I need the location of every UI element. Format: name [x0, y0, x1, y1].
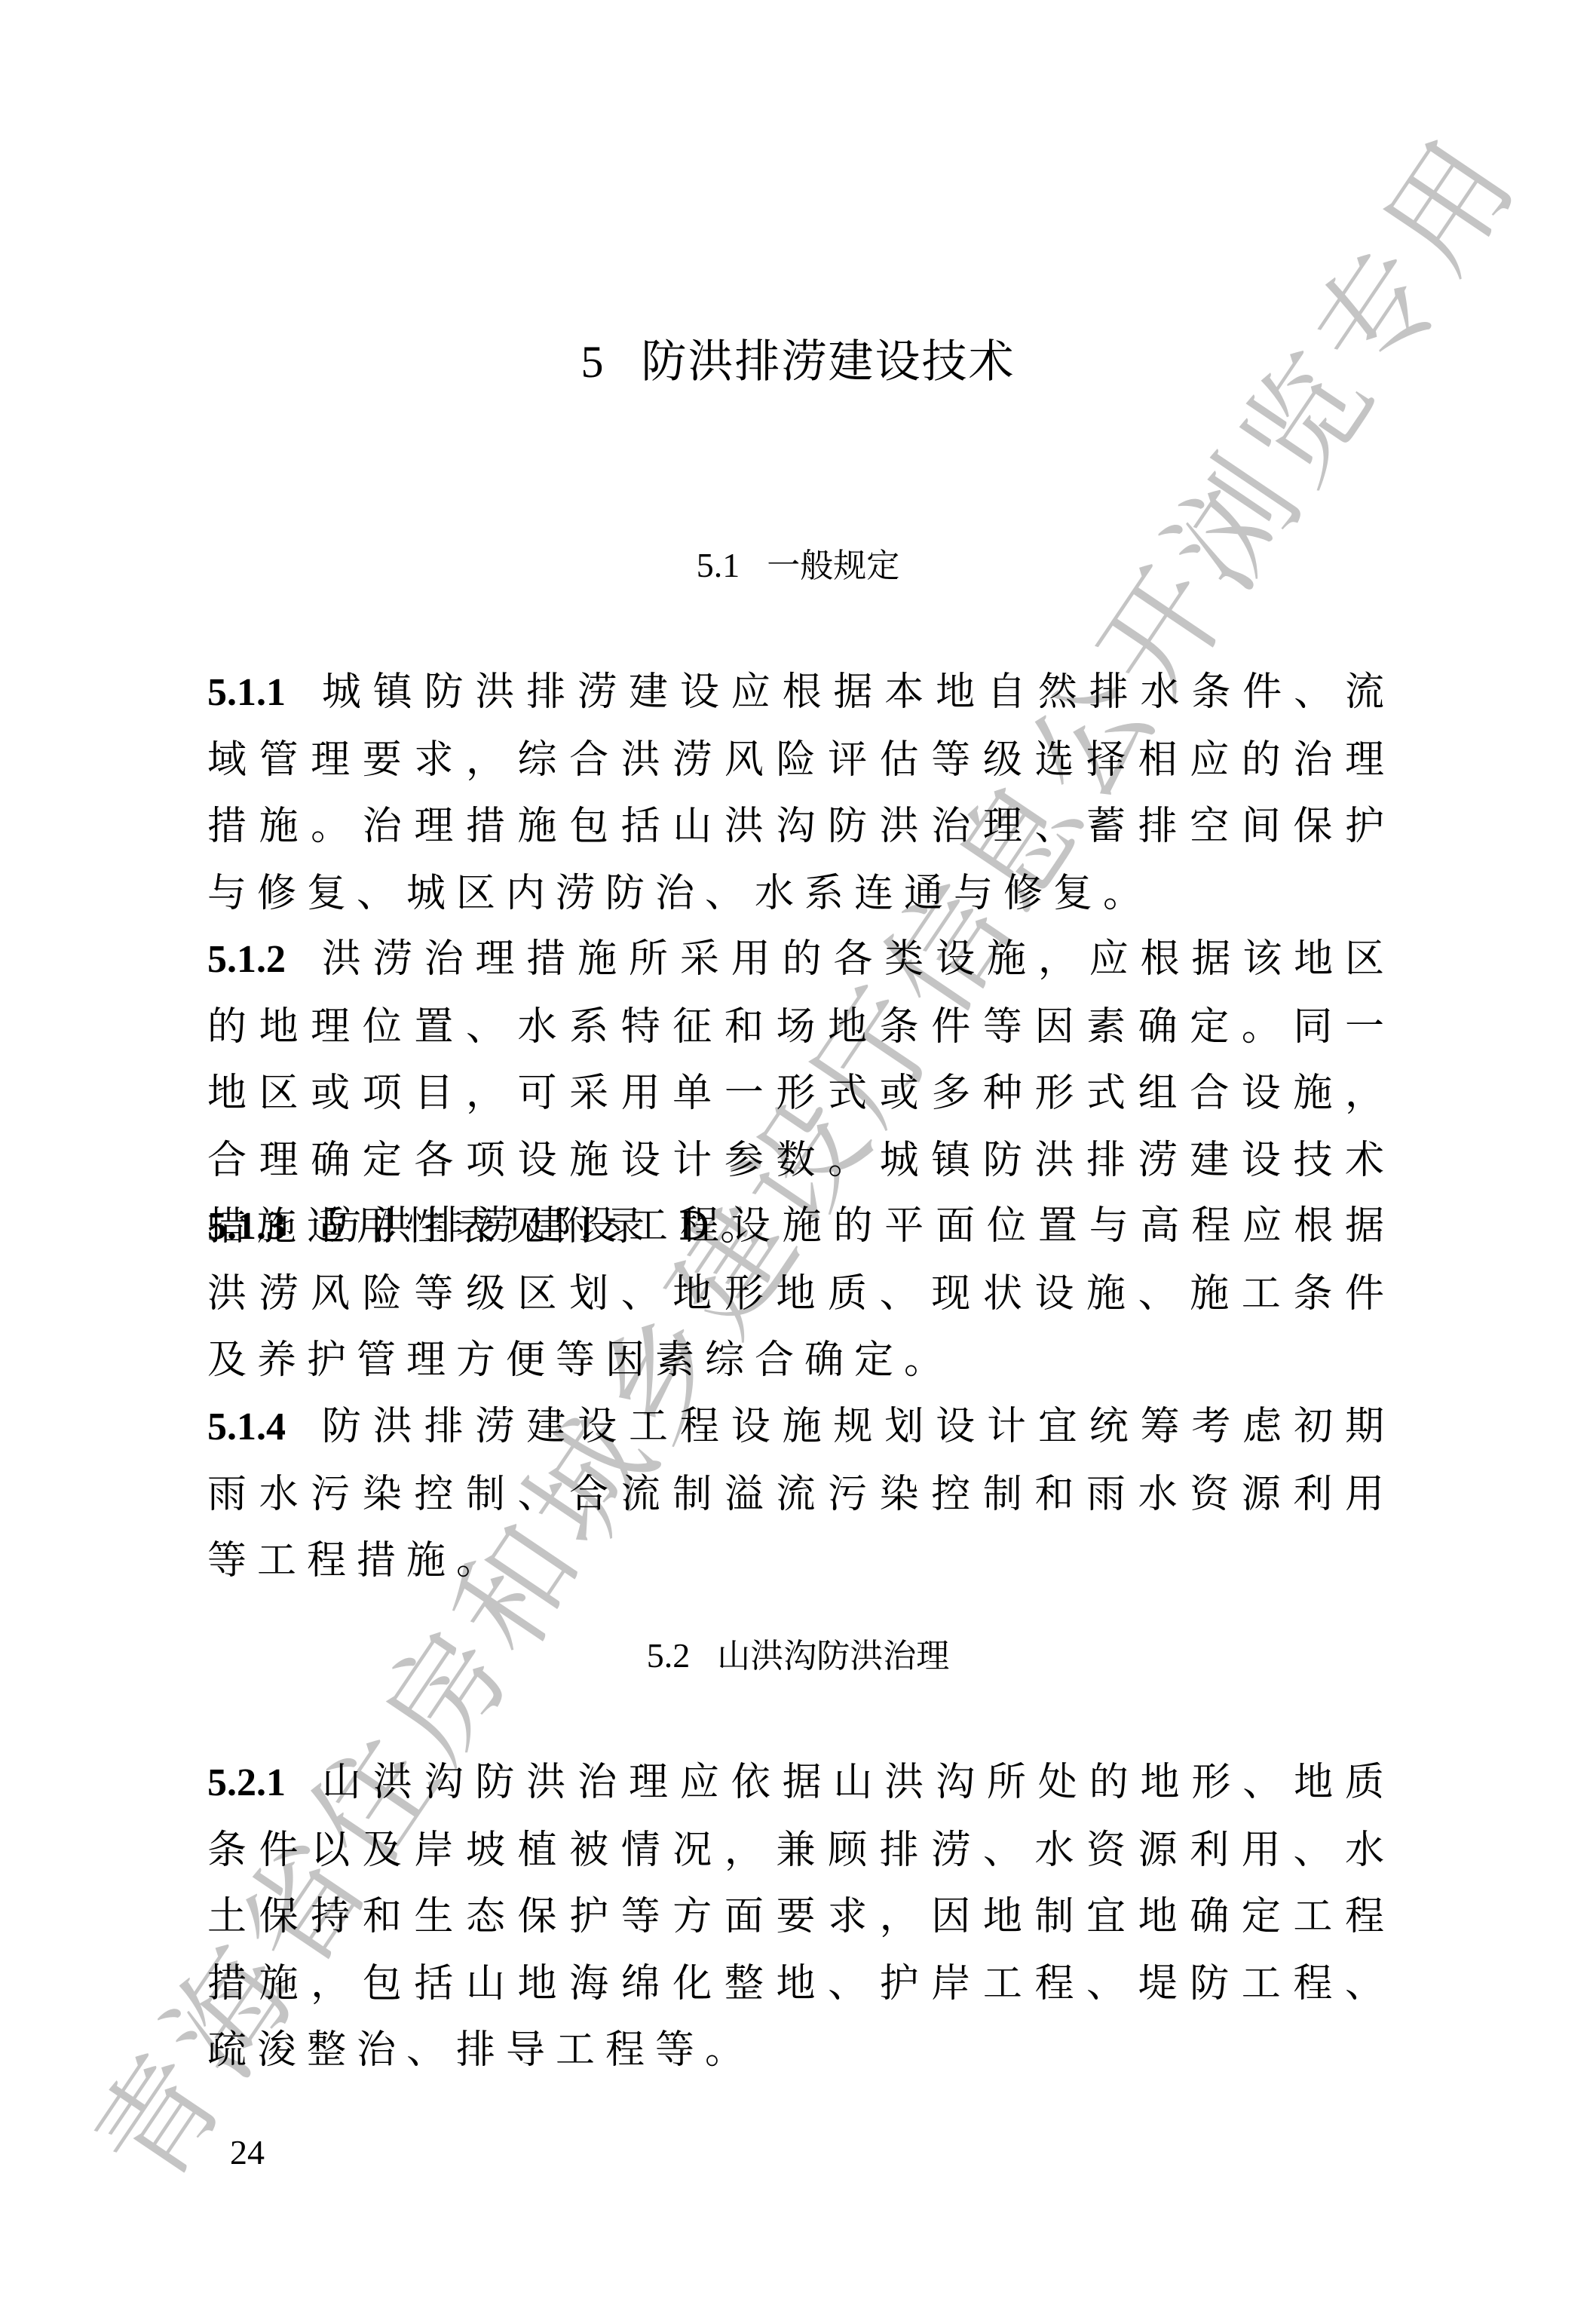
clause-number: 5.2.1: [207, 1761, 286, 1804]
clause-5-1-3: 5.1.3防洪排涝建设工程设施的平面位置与高程应根据洪涝风险等级区划、地形地质、…: [207, 1193, 1395, 1394]
chapter-number: 5: [581, 337, 605, 387]
clause-5-1-1: 5.1.1城镇防洪排涝建设应根据本地自然排水条件、流域管理要求，综合洪涝风险评估…: [207, 659, 1395, 927]
clause-text: 防洪排涝建设工程设施的平面位置与高程应根据洪涝风险等级区划、地形地质、现状设施、…: [207, 1203, 1395, 1383]
chapter-title: 5防洪排涝建设技术: [0, 324, 1596, 400]
section-heading-5-1: 5.1一般规定: [0, 535, 1596, 596]
clause-number: 5.1.4: [207, 1405, 286, 1448]
chapter-title-text: 防洪排涝建设技术: [642, 336, 1015, 388]
clause-text: 城镇防洪排涝建设应根据本地自然排水条件、流域管理要求，综合洪涝风险评估等级选择相…: [207, 670, 1395, 916]
clause-number: 5.1.2: [207, 938, 286, 981]
section-number: 5.1: [697, 546, 740, 584]
section-title-text: 山洪沟防洪治理: [717, 1637, 949, 1675]
page-number: 24: [230, 2130, 265, 2175]
section-number: 5.2: [647, 1636, 691, 1675]
clause-text: 防洪排涝建设工程设施规划设计宜统筹考虑初期雨水污染控制、合流制溢流污染控制和雨水…: [207, 1404, 1395, 1583]
clause-5-2-1: 5.2.1山洪沟防洪治理应依据山洪沟所处的地形、地质条件以及岸坡植被情况，兼顾排…: [207, 1749, 1395, 2084]
clause-5-1-4: 5.1.4防洪排涝建设工程设施规划设计宜统筹考虑初期雨水污染控制、合流制溢流污染…: [207, 1393, 1395, 1595]
clause-text: 山洪沟防洪治理应依据山洪沟所处的地形、地质条件以及岸坡植被情况，兼顾排涝、水资源…: [207, 1760, 1395, 2073]
document-page: 青海省住房和城乡建设厅信息公开浏览专用 5防洪排涝建设技术 5.1一般规定 5.…: [0, 0, 1596, 2314]
section-title-text: 一般规定: [767, 547, 899, 585]
clause-number: 5.1.1: [207, 671, 286, 714]
section-heading-5-2: 5.2山洪沟防洪治理: [0, 1626, 1596, 1687]
clause-number: 5.1.3: [207, 1205, 286, 1248]
